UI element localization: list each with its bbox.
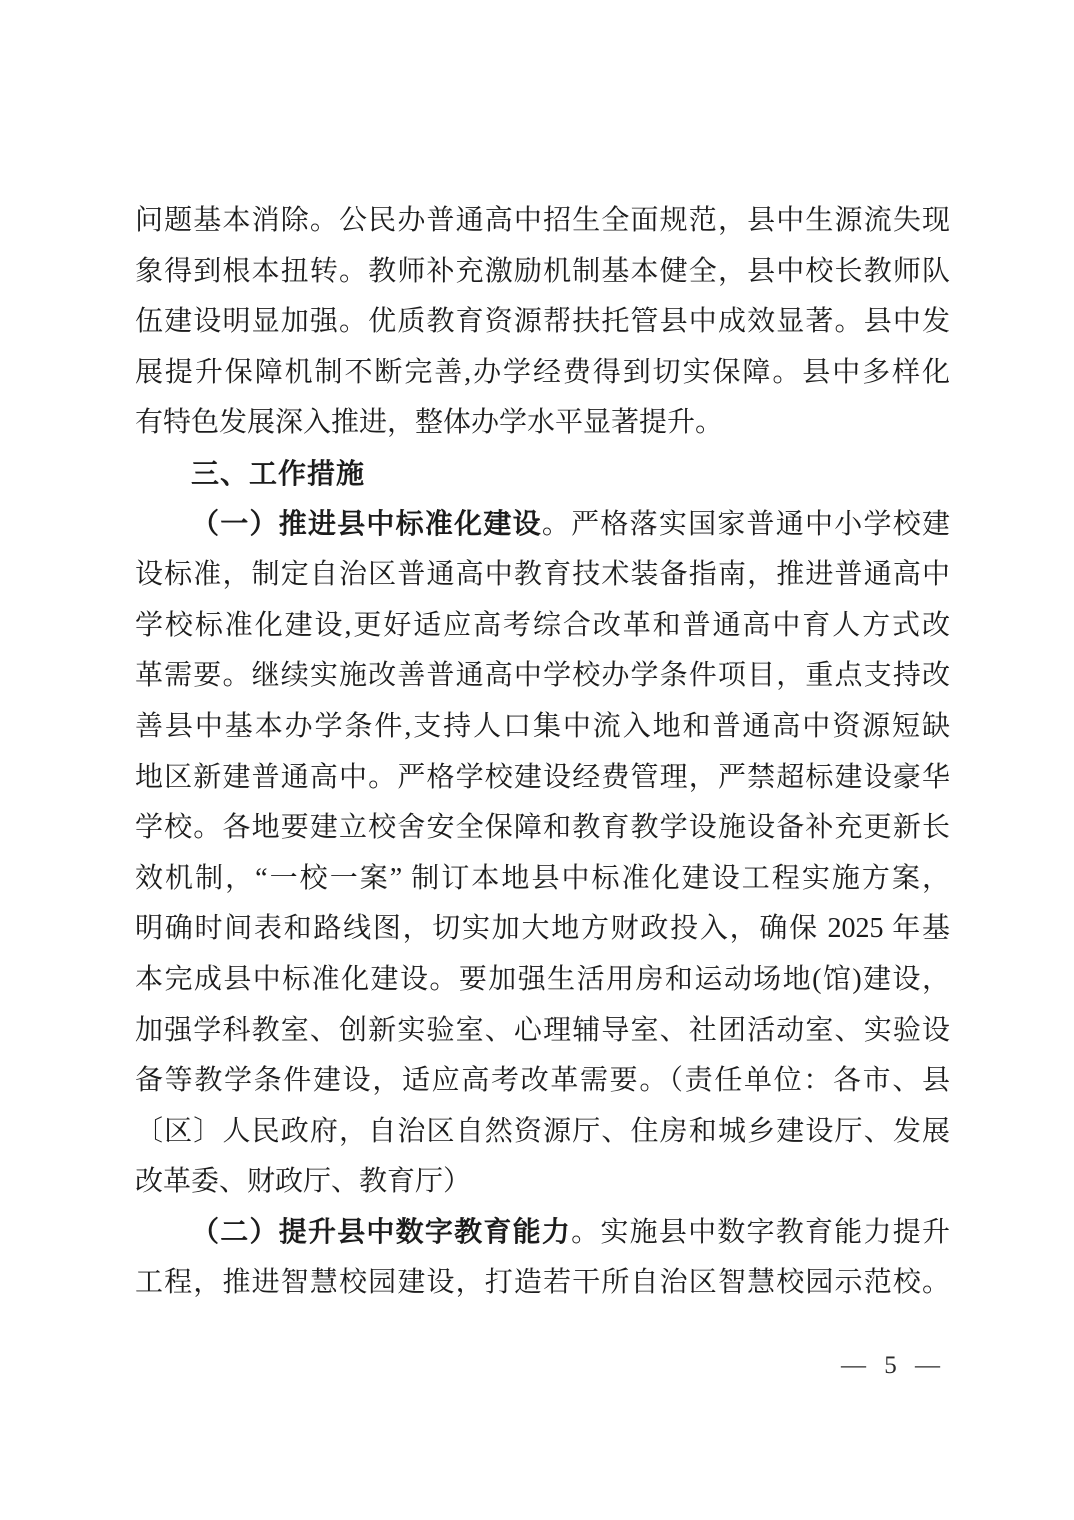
text-line-body: 备等教学条件建设，适应高考改革需要。（责任单位：各市、县 <box>135 1065 950 1096</box>
subsection-title: （一）推进县中标准化建设 <box>191 509 542 540</box>
section-heading-text: 三、工作措施 <box>191 458 365 489</box>
text-line: 备等教学条件建设，适应高考改革需要。（责任单位：各市、县 <box>135 1056 950 1107</box>
text-line-body: 。实施县中数字教育能力提升 <box>571 1217 950 1248</box>
text-line: 学校标准化建设,更好适应高考综合改革和普通高中育人方式改 <box>135 601 950 652</box>
text-line: 改革委、财政厅、教育厅） <box>135 1157 950 1208</box>
document-page: 问题基本消除。公民办普通高中招生全面规范，县中生源流失现 象得到根本扭转。教师补… <box>0 0 1074 1520</box>
document-body: 问题基本消除。公民办普通高中招生全面规范，县中生源流失现 象得到根本扭转。教师补… <box>135 196 950 1309</box>
text-line: 展提升保障机制不断完善,办学经费得到切实保障。县中多样化 <box>135 348 950 399</box>
text-line-body: 工程，推进智慧校园建设，打造若干所自治区智慧校园示范校。 <box>135 1267 950 1298</box>
text-line: 学校。各地要建立校舍安全保障和教育教学设施设备补充更新长 <box>135 803 950 854</box>
text-line-body: 〔区〕人民政府，自治区自然资源厅、住房和城乡建设厅、发展 <box>135 1116 950 1147</box>
text-line: 伍建设明显加强。优质教育资源帮扶托管县中成效显著。县中发 <box>135 297 950 348</box>
text-line: 问题基本消除。公民办普通高中招生全面规范，县中生源流失现 <box>135 196 950 247</box>
text-line-body: 伍建设明显加强。优质教育资源帮扶托管县中成效显著。县中发 <box>135 306 950 337</box>
text-line-body: 学校。各地要建立校舍安全保障和教育教学设施设备补充更新长 <box>135 812 950 843</box>
text-line-body: 善县中基本办学条件,支持人口集中流入地和普通高中资源短缺 <box>135 711 950 742</box>
text-line-body: 加强学科教室、创新实验室、心理辅导室、社团活动室、实验设 <box>135 1015 950 1046</box>
text-line: 明确时间表和路线图，切实加大地方财政投入，确保 2025 年基 <box>135 904 950 955</box>
text-line-body: 改革委、财政厅、教育厅） <box>135 1166 471 1197</box>
text-line-body: 问题基本消除。公民办普通高中招生全面规范，县中生源流失现 <box>135 205 950 236</box>
text-line-body: 。严格落实国家普通中小学校建 <box>542 509 950 540</box>
text-line-body: 设标准，制定自治区普通高中教育技术装备指南，推进普通高中 <box>135 559 950 590</box>
text-line: 象得到根本扭转。教师补充激励机制基本健全，县中校长教师队 <box>135 247 950 298</box>
text-line-body: 学校标准化建设,更好适应高考综合改革和普通高中育人方式改 <box>135 610 950 641</box>
text-line: 地区新建普通高中。严格学校建设经费管理，严禁超标建设豪华 <box>135 753 950 804</box>
text-line-body: 革需要。继续实施改善普通高中学校办学条件项目，重点支持改 <box>135 660 950 691</box>
text-line: 本完成县中标准化建设。要加强生活用房和运动场地(馆)建设， <box>135 955 950 1006</box>
text-line-body: 效机制，“一校一案” 制订本地县中标准化建设工程实施方案， <box>135 863 950 894</box>
section-heading: 三、工作措施 <box>135 449 950 500</box>
text-line: 工程，推进智慧校园建设，打造若干所自治区智慧校园示范校。 <box>135 1258 950 1309</box>
subsection-title: （二）提升县中数字教育能力 <box>191 1217 571 1248</box>
text-line: 加强学科教室、创新实验室、心理辅导室、社团活动室、实验设 <box>135 1006 950 1057</box>
text-line-body: 展提升保障机制不断完善,办学经费得到切实保障。县中多样化 <box>135 357 950 388</box>
text-line: 〔区〕人民政府，自治区自然资源厅、住房和城乡建设厅、发展 <box>135 1107 950 1158</box>
text-line: （二）提升县中数字教育能力。实施县中数字教育能力提升 <box>135 1208 950 1259</box>
text-line-body: 象得到根本扭转。教师补充激励机制基本健全，县中校长教师队 <box>135 256 950 287</box>
text-line: 效机制，“一校一案” 制订本地县中标准化建设工程实施方案， <box>135 854 950 905</box>
text-line: （一）推进县中标准化建设。严格落实国家普通中小学校建 <box>135 500 950 551</box>
text-line: 革需要。继续实施改善普通高中学校办学条件项目，重点支持改 <box>135 651 950 702</box>
text-line-body: 地区新建普通高中。严格学校建设经费管理，严禁超标建设豪华 <box>135 762 950 793</box>
text-line-body: 本完成县中标准化建设。要加强生活用房和运动场地(馆)建设， <box>135 964 950 995</box>
text-line: 设标准，制定自治区普通高中教育技术装备指南，推进普通高中 <box>135 550 950 601</box>
text-line: 善县中基本办学条件,支持人口集中流入地和普通高中资源短缺 <box>135 702 950 753</box>
text-line-body: 有特色发展深入推进，整体办学水平显著提升。 <box>135 407 723 438</box>
text-line-body: 明确时间表和路线图，切实加大地方财政投入，确保 2025 年基 <box>135 913 950 944</box>
text-line: 有特色发展深入推进，整体办学水平显著提升。 <box>135 398 950 449</box>
page-number: — 5 — <box>841 1352 946 1380</box>
